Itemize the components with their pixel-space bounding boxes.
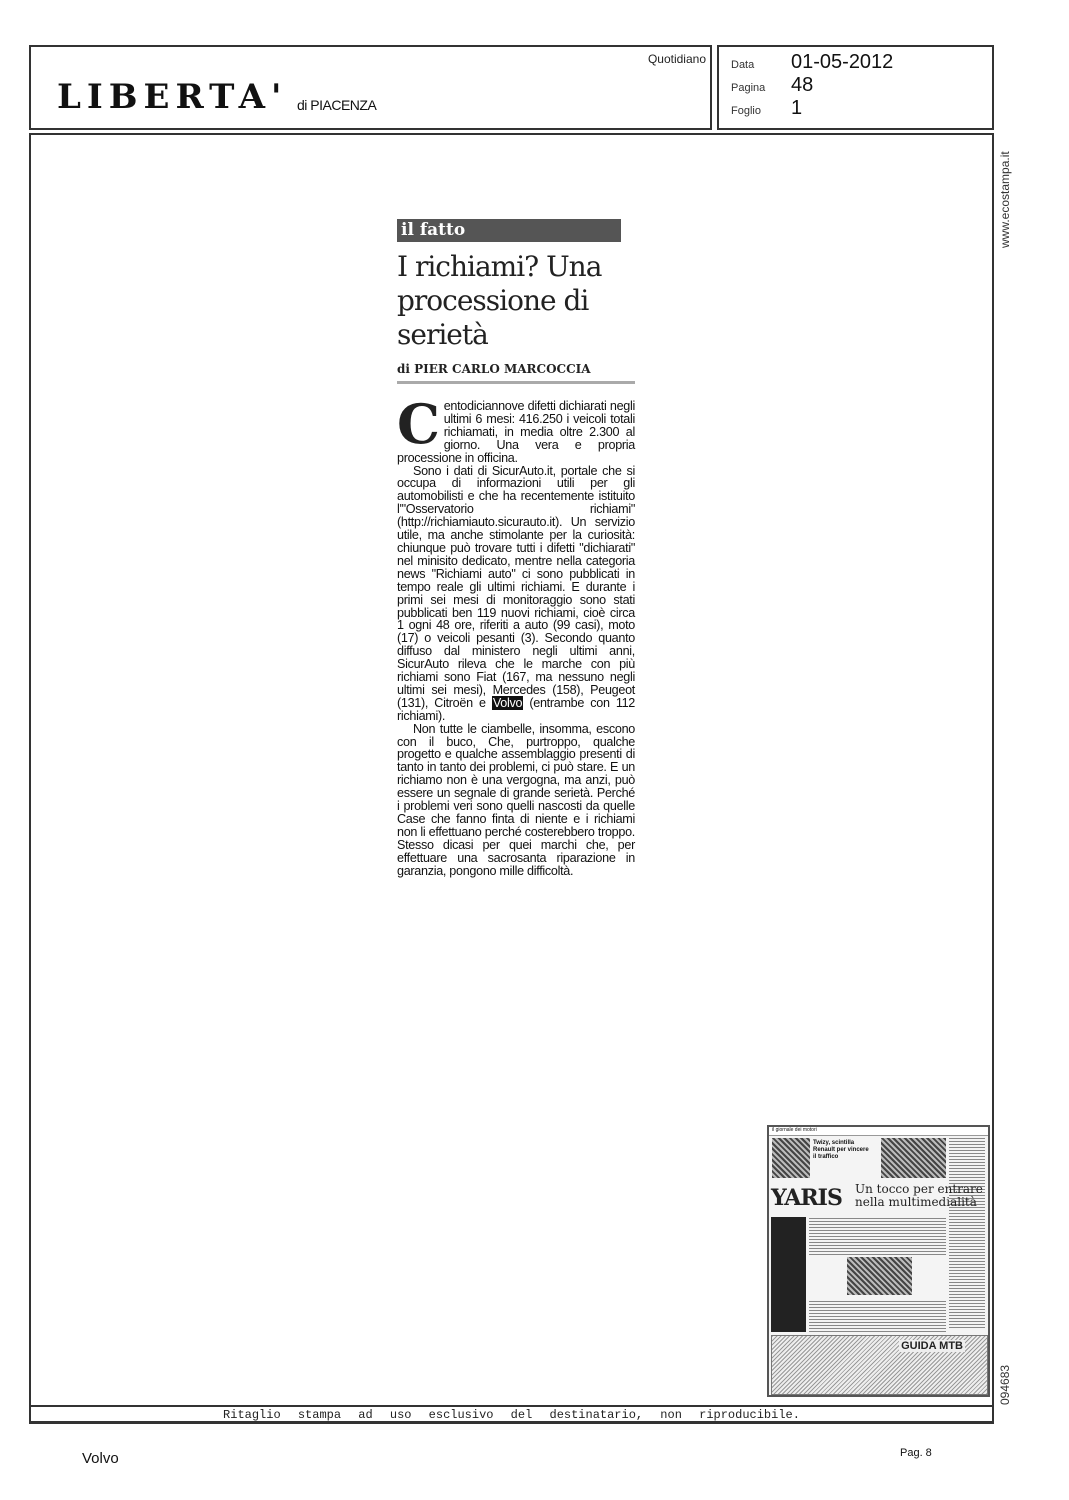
drop-cap: C xyxy=(397,402,440,446)
article-headline: I richiami? Una processione di serietà xyxy=(397,250,635,352)
meta-page: Pagina 48 xyxy=(731,74,813,97)
section-kicker: il fatto xyxy=(397,219,621,242)
thumbnail-photo xyxy=(772,1138,810,1178)
date-value: 01-05-2012 xyxy=(791,51,893,74)
thumbnail-text xyxy=(809,1217,946,1255)
page-number: Pag. 8 xyxy=(900,1447,932,1459)
meta-date: Data 01-05-2012 xyxy=(731,51,893,74)
keyword-highlight: Volvo xyxy=(492,696,523,710)
meta-box: Data 01-05-2012 Pagina 48 Foglio 1 xyxy=(717,45,994,130)
page-thumbnail: il giornale dei motori Twizy, scintilla … xyxy=(767,1125,990,1397)
paragraph-1: Centodiciannove difetti dichiarati negli… xyxy=(397,400,635,465)
copyright-notice: Ritaglio stampa ad uso esclusivo del des… xyxy=(31,1408,992,1422)
website-label: www.ecostampa.it xyxy=(998,151,1012,248)
page-label: Pagina xyxy=(731,82,791,94)
sheet-value: 1 xyxy=(791,97,802,120)
thumbnail-interior-photo xyxy=(847,1257,912,1295)
sheet-label: Foglio xyxy=(731,105,791,117)
publication-type: Quotidiano xyxy=(648,52,706,66)
newspaper-logo: LIBERTA' xyxy=(57,77,287,117)
page-value: 48 xyxy=(791,74,813,97)
meta-sheet: Foglio 1 xyxy=(731,97,802,120)
clipping-code: 094683 xyxy=(998,1365,1012,1405)
article: il fatto I richiami? Una processione di … xyxy=(397,219,635,878)
keyword-label: Volvo xyxy=(82,1450,119,1467)
paragraph-3: Non tutte le ciambelle, insomma, escono … xyxy=(397,723,635,878)
date-label: Data xyxy=(731,59,791,71)
thumbnail-text-2 xyxy=(809,1299,946,1332)
thumbnail-sidebar xyxy=(771,1217,806,1332)
thumbnail-car-photo xyxy=(881,1138,946,1178)
thumbnail-header: il giornale dei motori xyxy=(769,1127,988,1136)
thumbnail-story: Twizy, scintilla Renault per vincere il … xyxy=(813,1140,873,1161)
masthead: LIBERTA' di PIACENZA Quotidiano xyxy=(29,45,712,130)
thumbnail-column xyxy=(949,1138,985,1328)
paragraph-2-text: Sono i dati di SicurAuto.it, portale che… xyxy=(397,464,635,710)
paragraph-2: Sono i dati di SicurAuto.it, portale che… xyxy=(397,465,635,723)
thumbnail-title: YARIS xyxy=(771,1185,842,1211)
thumbnail-ad-title: GUIDA MTB xyxy=(899,1340,965,1352)
thumbnail-ad: GUIDA MTB xyxy=(771,1335,988,1395)
thumbnail-subtitle: Un tocco per entrare nella multimedialit… xyxy=(855,1183,988,1209)
article-byline: di PIER CARLO MARCOCCIA xyxy=(397,362,635,384)
newspaper-city: di PIACENZA xyxy=(297,97,376,113)
footer-bar: Ritaglio stampa ad uso esclusivo del des… xyxy=(29,1405,994,1424)
